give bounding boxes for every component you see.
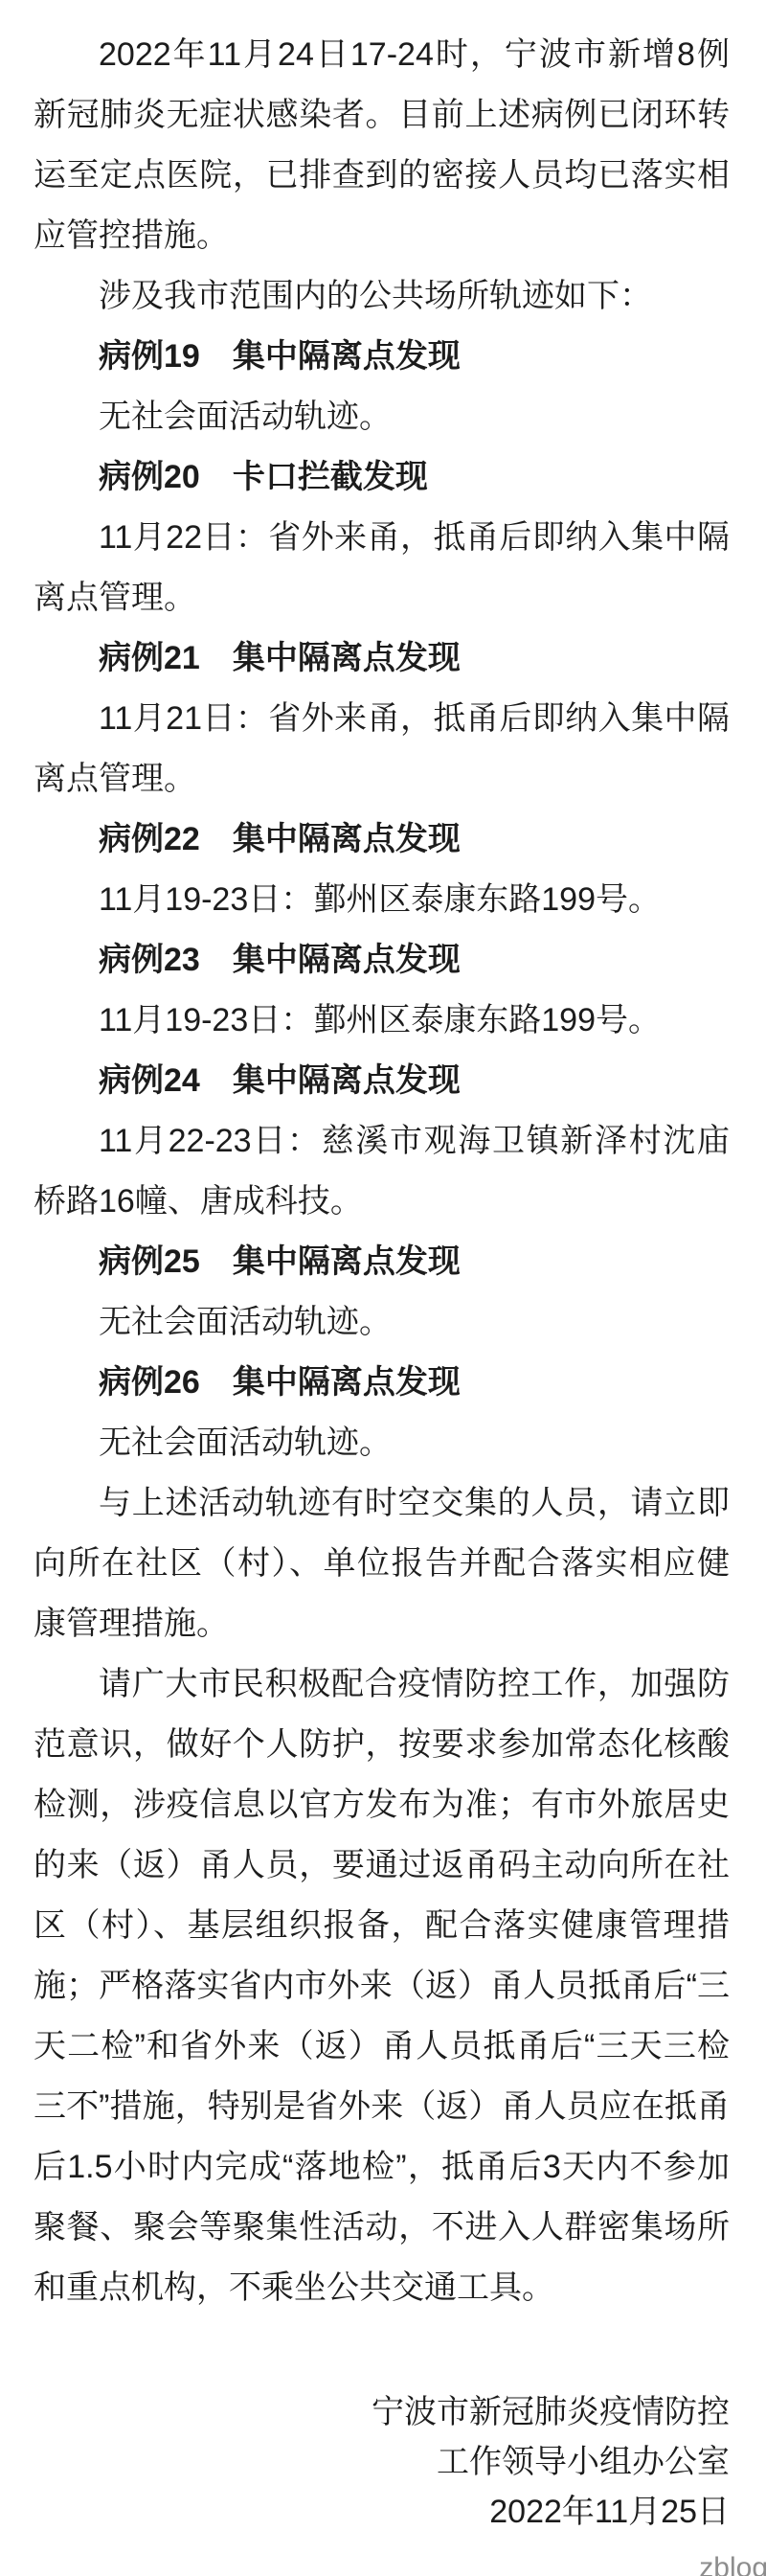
signature-org-line-1: 宁波市新冠肺炎疫情防控 bbox=[34, 2387, 730, 2437]
zblog-watermark: zblog bbox=[699, 2554, 766, 2576]
case-23-heading: 病例23 集中隔离点发现 bbox=[34, 930, 730, 991]
case-19-detail: 无社会面活动轨迹。 bbox=[34, 387, 730, 447]
case-20-heading: 病例20 卡口拦截发现 bbox=[34, 447, 730, 508]
case-21-detail: 11月21日：省外来甬，抵甬后即纳入集中隔离点管理。 bbox=[34, 689, 730, 809]
case-23-detail: 11月19-23日：鄞州区泰康东路199号。 bbox=[34, 991, 730, 1051]
case-21-heading: 病例21 集中隔离点发现 bbox=[34, 628, 730, 689]
announcement-document: 2022年11月24日17-24时，宁波市新增8例新冠肺炎无症状感染者。目前上述… bbox=[0, 0, 766, 2576]
intro-paragraph-2: 涉及我市范围内的公共场所轨迹如下： bbox=[34, 266, 730, 327]
case-22-detail: 11月19-23日：鄞州区泰康东路199号。 bbox=[34, 870, 730, 930]
case-25-detail: 无社会面活动轨迹。 bbox=[34, 1292, 730, 1353]
intro-paragraph-1: 2022年11月24日17-24时，宁波市新增8例新冠肺炎无症状感染者。目前上述… bbox=[34, 25, 730, 266]
signature-date: 2022年11月25日 bbox=[34, 2487, 730, 2537]
closing-paragraph-2: 请广大市民积极配合疫情防控工作，加强防范意识，做好个人防护，按要求参加常态化核酸… bbox=[34, 1654, 730, 2318]
case-25-heading: 病例25 集中隔离点发现 bbox=[34, 1232, 730, 1292]
case-24-heading: 病例24 集中隔离点发现 bbox=[34, 1051, 730, 1111]
document-body: 2022年11月24日17-24时，宁波市新增8例新冠肺炎无症状感染者。目前上述… bbox=[0, 0, 766, 2318]
case-26-heading: 病例26 集中隔离点发现 bbox=[34, 1353, 730, 1413]
closing-paragraph-1: 与上述活动轨迹有时空交集的人员，请立即向所在社区（村）、单位报告并配合落实相应健… bbox=[34, 1473, 730, 1654]
case-19-heading: 病例19 集中隔离点发现 bbox=[34, 327, 730, 387]
signature-block: 宁波市新冠肺炎疫情防控 工作领导小组办公室 2022年11月25日 bbox=[34, 2387, 730, 2537]
case-20-detail: 11月22日：省外来甬，抵甬后即纳入集中隔离点管理。 bbox=[34, 508, 730, 628]
case-26-detail: 无社会面活动轨迹。 bbox=[34, 1413, 730, 1473]
signature-org-line-2: 工作领导小组办公室 bbox=[34, 2437, 730, 2487]
case-22-heading: 病例22 集中隔离点发现 bbox=[34, 809, 730, 870]
case-24-detail: 11月22-23日：慈溪市观海卫镇新泽村沈庙桥路16幢、唐成科技。 bbox=[34, 1111, 730, 1232]
